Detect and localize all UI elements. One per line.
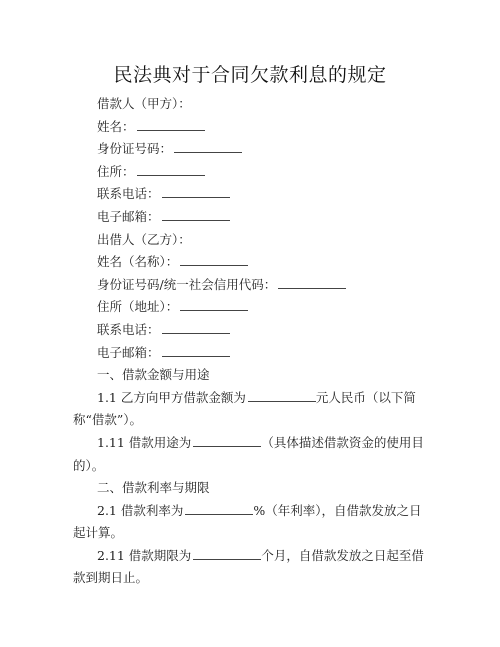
borrower-address-row: 住所：	[73, 161, 433, 184]
lender-address-row: 住所（地址）：	[73, 296, 433, 319]
document-title: 民法典对于合同欠款利息的规定	[0, 60, 500, 87]
borrower-email-row: 电子邮箱：	[73, 206, 433, 229]
lender-email-row: 电子邮箱：	[73, 342, 433, 365]
clause-1-11-text-before: 1.11 借款用途为	[97, 435, 191, 450]
borrower-heading: 借款人（甲方）：	[73, 93, 433, 116]
lender-email-blank[interactable]	[162, 343, 230, 357]
loan-term-blank[interactable]	[193, 546, 261, 560]
lender-name-blank[interactable]	[180, 252, 248, 266]
clause-1-1: 1.1 乙方向甲方借款金额为元人民币（以下简称“借款”）。	[73, 387, 433, 432]
lender-heading: 出借人（乙方）：	[73, 229, 433, 252]
clause-2-11: 2.11 借款期限为个月，自借款发放之日起至借款到期日止。	[73, 545, 433, 590]
section1-heading: 一、借款金额与用途	[73, 364, 433, 387]
clause-1-11: 1.11 借款用途为（具体描述借款资金的使用目的）。	[73, 432, 433, 477]
borrower-id-blank[interactable]	[174, 139, 242, 153]
lender-email-label: 电子邮箱：	[97, 345, 160, 360]
lender-name-label: 姓名（名称）：	[97, 254, 178, 269]
borrower-phone-label: 联系电话：	[97, 186, 160, 201]
interest-rate-blank[interactable]	[185, 501, 253, 515]
borrower-phone-blank[interactable]	[162, 184, 230, 198]
borrower-email-blank[interactable]	[162, 207, 230, 221]
borrower-email-label: 电子邮箱：	[97, 209, 160, 224]
clause-2-1: 2.1 借款利率为%（年利率），自借款发放之日起计算。	[73, 500, 433, 545]
borrower-id-label: 身份证号码：	[97, 141, 172, 156]
clause-1-1-text-before: 1.1 乙方向甲方借款金额为	[97, 390, 246, 405]
clause-2-1-text-before: 2.1 借款利率为	[97, 503, 183, 518]
lender-address-label: 住所（地址）：	[97, 299, 178, 314]
loan-amount-blank[interactable]	[248, 388, 316, 402]
lender-phone-label: 联系电话：	[97, 322, 160, 337]
lender-address-blank[interactable]	[180, 297, 248, 311]
borrower-name-blank[interactable]	[137, 117, 205, 131]
borrower-name-label: 姓名：	[97, 119, 135, 134]
lender-id-blank[interactable]	[278, 275, 346, 289]
borrower-name-row: 姓名：	[73, 116, 433, 139]
clause-2-11-text-before: 2.11 借款期限为	[97, 548, 191, 563]
document-page: 民法典对于合同欠款利息的规定 借款人（甲方）： 姓名： 身份证号码： 住所： 联…	[0, 0, 500, 647]
borrower-address-label: 住所：	[97, 164, 135, 179]
loan-purpose-blank[interactable]	[193, 433, 261, 447]
document-body: 借款人（甲方）： 姓名： 身份证号码： 住所： 联系电话： 电子邮箱： 出借人（…	[73, 93, 433, 590]
section2-heading: 二、借款利率与期限	[73, 477, 433, 500]
lender-id-row: 身份证号码/统一社会信用代码：	[73, 274, 433, 297]
lender-name-row: 姓名（名称）：	[73, 251, 433, 274]
borrower-id-row: 身份证号码：	[73, 138, 433, 161]
lender-phone-row: 联系电话：	[73, 319, 433, 342]
borrower-address-blank[interactable]	[137, 162, 205, 176]
lender-id-label: 身份证号码/统一社会信用代码：	[97, 277, 276, 292]
lender-phone-blank[interactable]	[162, 320, 230, 334]
borrower-phone-row: 联系电话：	[73, 183, 433, 206]
